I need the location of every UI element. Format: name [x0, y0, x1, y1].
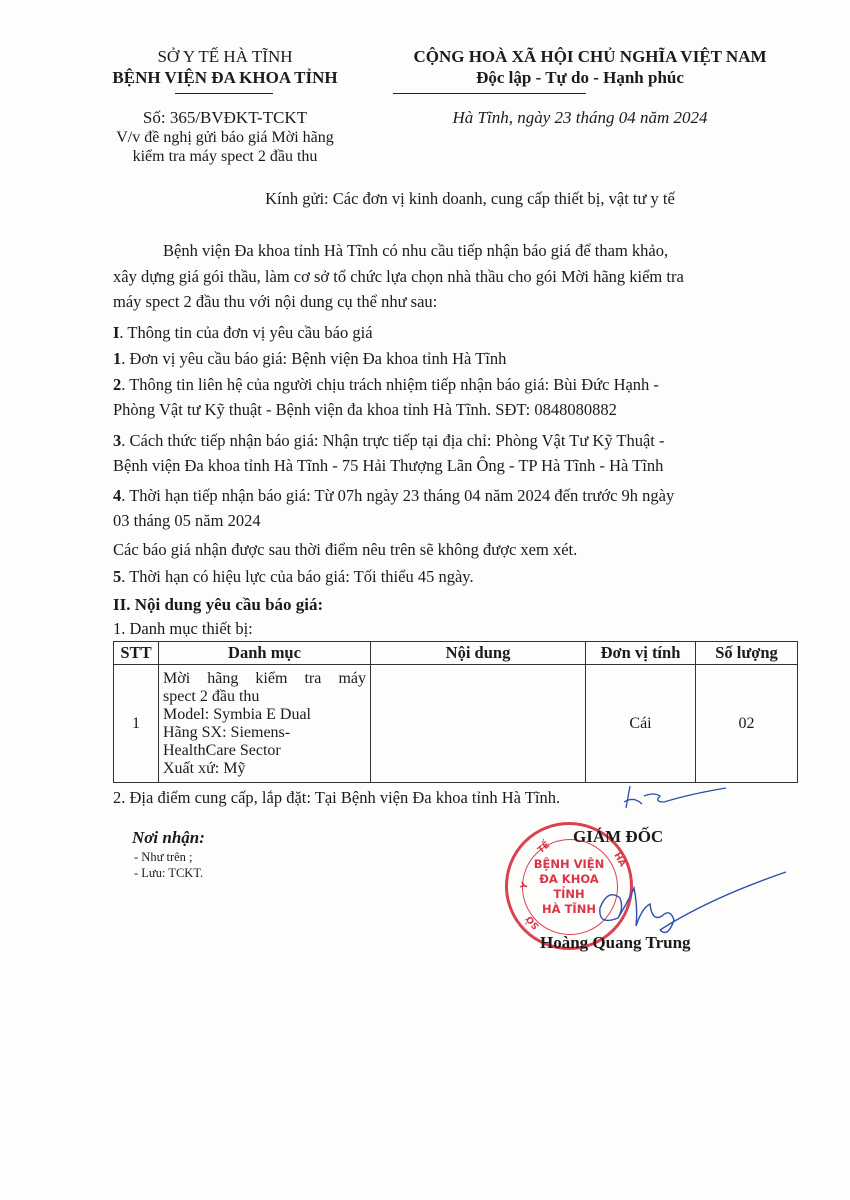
header-right-underline [393, 93, 586, 94]
section-2-title: II. Nội dung yêu cầu báo giá: [113, 593, 800, 617]
item-line: spect 2 đầu thu [163, 688, 366, 706]
recipients-title: Nơi nhận: [132, 828, 205, 848]
recipient-item: - Lưu: TCKT. [134, 866, 203, 881]
cell-content [371, 665, 586, 783]
item-number: 2 [113, 375, 121, 394]
cell-quantity: 02 [696, 665, 798, 783]
subject-line-2: kiểm tra máy spect 2 đầu thu [110, 148, 340, 166]
item-text: . Thời hạn tiếp nhận báo giá: Từ 07h ngà… [121, 486, 674, 505]
cell-item: Mời hãng kiểm tra máy spect 2 đầu thu Mo… [159, 665, 371, 783]
col-item: Danh mục [159, 642, 371, 665]
equipment-table: STT Danh mục Nội dung Đơn vị tính Số lượ… [113, 641, 798, 783]
signer-name: Hoàng Quang Trung [540, 933, 691, 953]
intro-line-1: Bệnh viện Đa khoa tỉnh Hà Tĩnh có nhu cầ… [113, 239, 800, 263]
recipient-item: - Như trên ; [134, 850, 193, 865]
hospital-name: BỆNH VIỆN ĐA KHOA TỈNH [110, 68, 340, 88]
section-1-heading: I. Thông tin của đơn vị yêu cầu báo giá [113, 321, 800, 345]
section-1-item-3: 3. Cách thức tiếp nhận báo giá: Nhận trự… [113, 429, 800, 453]
item-line: Model: Symbia E Dual [163, 706, 366, 724]
item-text: . Thời hạn có hiệu lực của báo giá: Tối … [121, 567, 473, 586]
section-1-item-2: 2. Thông tin liên hệ của người chịu trác… [113, 373, 800, 397]
section-1-item-1: 1. Đơn vị yêu cầu báo giá: Bệnh viện Đa … [113, 347, 800, 371]
item-text: . Đơn vị yêu cầu báo giá: Bệnh viện Đa k… [121, 349, 506, 368]
item-number: 4 [113, 486, 121, 505]
item-line: Hãng SX: Siemens- [163, 724, 366, 742]
header-left-underline [175, 93, 273, 94]
subject-line-1: V/v đề nghị gửi báo giá Mời hãng [110, 129, 340, 147]
item-text: . Cách thức tiếp nhận báo giá: Nhận trực… [121, 431, 664, 450]
col-content: Nội dung [371, 642, 586, 665]
item-line: Xuất xứ: Mỹ [163, 760, 366, 778]
item-line: Mời hãng kiểm tra máy [163, 670, 366, 688]
section-1-title: . Thông tin của đơn vị yêu cầu báo giá [119, 323, 372, 342]
intro-line-3: máy spect 2 đầu thu với nội dung cụ thể … [113, 290, 800, 314]
agency-name: SỞ Y TẾ HÀ TĨNH [110, 47, 340, 67]
addressee: Kính gửi: Các đơn vị kinh doanh, cung cấ… [100, 189, 840, 209]
nation-motto: Độc lập - Tự do - Hạnh phúc [360, 68, 800, 88]
section-1-item-5: 5. Thời hạn có hiệu lực của báo giá: Tối… [113, 565, 800, 589]
item-number: 5 [113, 567, 121, 586]
section-1-note: Các báo giá nhận được sau thời điểm nêu … [113, 538, 800, 562]
item-number: 3 [113, 431, 121, 450]
section-1-item-2-cont: Phòng Vật tư Kỹ thuật - Bệnh viện đa kho… [113, 398, 800, 422]
item-number: 1 [113, 349, 121, 368]
table-row: 1 Mời hãng kiểm tra máy spect 2 đầu thu … [114, 665, 798, 783]
item-text: . Thông tin liên hệ của người chịu trách… [121, 375, 659, 394]
col-quantity: Số lượng [696, 642, 798, 665]
signer-title: GIÁM ĐỐC [573, 827, 663, 847]
section-2-subtitle: 1. Danh mục thiết bị: [113, 617, 800, 641]
document-number: Số: 365/BVĐKT-TCKT [110, 108, 340, 128]
cell-unit: Cái [586, 665, 696, 783]
col-stt: STT [114, 642, 159, 665]
table-header-row: STT Danh mục Nội dung Đơn vị tính Số lượ… [114, 642, 798, 665]
place-date: Hà Tĩnh, ngày 23 tháng 04 năm 2024 [360, 108, 800, 128]
nation-title: CỘNG HOÀ XÃ HỘI CHỦ NGHĨA VIỆT NAM [370, 47, 810, 67]
section-1-item-4-cont: 03 tháng 05 năm 2024 [113, 509, 800, 533]
section-1-item-4: 4. Thời hạn tiếp nhận báo giá: Từ 07h ng… [113, 484, 800, 508]
initial-mark-icon [620, 782, 730, 812]
col-unit: Đơn vị tính [586, 642, 696, 665]
item-line: HealthCare Sector [163, 742, 366, 760]
intro-line-2: xây dựng giá gói thầu, làm cơ sở tổ chức… [113, 265, 800, 289]
section-1-item-3-cont: Bệnh viện Đa khoa tỉnh Hà Tĩnh - 75 Hải … [113, 454, 800, 478]
cell-stt: 1 [114, 665, 159, 783]
